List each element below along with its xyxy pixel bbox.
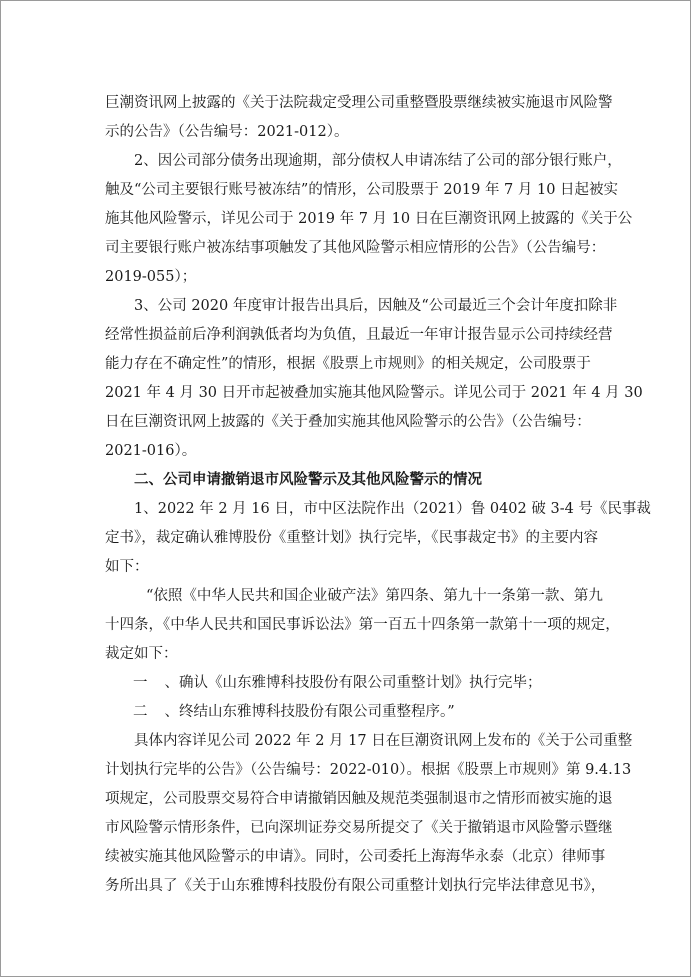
text-line: 巨潮资讯网上披露的《关于法院裁定受理公司重整暨股票继续被实施退市风险警 <box>105 89 589 118</box>
text-line: 务所出具了《关于山东雅博科技股份有限公司重整计划执行完毕法律意见书》， <box>105 872 589 901</box>
document-page: 巨潮资讯网上披露的《关于法院裁定受理公司重整暨股票继续被实施退市风险警 示的公告… <box>0 0 691 977</box>
ruling-item-number: 二、 <box>133 698 179 727</box>
section-heading: 二、公司申请撤销退市风险警示及其他风险警示的情况 <box>105 466 589 495</box>
text-line: “依照《中华人民共和国企业破产法》第四条、第九十一条第一款、第九 <box>105 582 589 611</box>
text-line: 能力存在不确定性”的情形，根据《股票上市规则》的相关规定，公司股票于 <box>105 350 589 379</box>
text-line: 1、2022 年 2 月 16 日，市中区法院作出（2021）鲁 0402 破 … <box>105 495 589 524</box>
text-line: 2021 年 4 月 30 日开市起被叠加实施其他风险警示。详见公司于 2021… <box>105 379 589 408</box>
text-line: 计划执行完毕的公告》（公告编号：2022-010）。根据《股票上市规则》第 9.… <box>105 756 589 785</box>
text-line: 触及“公司主要银行账号被冻结”的情形，公司股票于 2019 年 7 月 10 日… <box>105 176 589 205</box>
paragraph-quote: “依照《中华人民共和国企业破产法》第四条、第九十一条第一款、第九 十四条，《中华… <box>105 582 589 669</box>
text-line: 具体内容详见公司 2022 年 2 月 17 日在巨潮资讯网上发布的《关于公司重… <box>105 727 589 756</box>
text-line: 2021-016）。 <box>105 437 589 466</box>
paragraph-section-item-1: 1、2022 年 2 月 16 日，市中区法院作出（2021）鲁 0402 破 … <box>105 495 589 582</box>
text-line: 十四条，《中华人民共和国民事诉讼法》第一百五十四条第一款第十一项的规定， <box>105 611 589 640</box>
text-line: 施其他风险警示，详见公司于 2019 年 7 月 10 日在巨潮资讯网上披露的《… <box>105 205 589 234</box>
document-body: 巨潮资讯网上披露的《关于法院裁定受理公司重整暨股票继续被实施退市风险警 示的公告… <box>105 89 589 901</box>
ruling-item-text: 终结山东雅博科技股份有限公司重整程序。” <box>179 698 455 727</box>
text-line: 裁定如下： <box>105 640 589 669</box>
text-line: 经常性损益前后净利润孰低者均为负值，且最近一年审计报告显示公司持续经营 <box>105 321 589 350</box>
ruling-item: 一、 确认《山东雅博科技股份有限公司重整计划》执行完毕； <box>105 669 589 698</box>
text-line: 续被实施其他风险警示的申请》。同时，公司委托上海海华永泰（北京）律师事 <box>105 843 589 872</box>
text-line: 示的公告》（公告编号：2021-012）。 <box>105 118 589 147</box>
paragraph-item-2: 2、因公司部分债务出现逾期，部分债权人申请冻结了公司的部分银行账户， 触及“公司… <box>105 147 589 292</box>
paragraph-details: 具体内容详见公司 2022 年 2 月 17 日在巨潮资讯网上发布的《关于公司重… <box>105 727 589 901</box>
ruling-list: 一、 确认《山东雅博科技股份有限公司重整计划》执行完毕； 二、 终结山东雅博科技… <box>105 669 589 727</box>
text-line: 市风险警示情形条件，已向深圳证券交易所提交了《关于撤销退市风险警示暨继 <box>105 814 589 843</box>
paragraph-item-3: 3、公司 2020 年度审计报告出具后，因触及“公司最近三个会计年度扣除非 经常… <box>105 292 589 466</box>
text-line: 司主要银行账户被冻结事项触发了其他风险警示相应情形的公告》（公告编号： <box>105 234 589 263</box>
ruling-item-text: 确认《山东雅博科技股份有限公司重整计划》执行完毕； <box>179 669 542 698</box>
text-line: 2、因公司部分债务出现逾期，部分债权人申请冻结了公司的部分银行账户， <box>105 147 589 176</box>
text-line: 如下： <box>105 553 589 582</box>
text-line: 项规定，公司股票交易符合申请撤销因触及规范类强制退市之情形而被实施的退 <box>105 785 589 814</box>
text-line: 3、公司 2020 年度审计报告出具后，因触及“公司最近三个会计年度扣除非 <box>105 292 589 321</box>
ruling-item: 二、 终结山东雅博科技股份有限公司重整程序。” <box>105 698 589 727</box>
text-line: 日在巨潮资讯网上披露的《关于叠加实施其他风险警示的公告》（公告编号： <box>105 408 589 437</box>
text-line: 2019-055）； <box>105 263 589 292</box>
paragraph-continuation: 巨潮资讯网上披露的《关于法院裁定受理公司重整暨股票继续被实施退市风险警 示的公告… <box>105 89 589 147</box>
ruling-item-number: 一、 <box>133 669 179 698</box>
text-line: 定书》，裁定确认雅博股份《重整计划》执行完毕，《民事裁定书》的主要内容 <box>105 524 589 553</box>
